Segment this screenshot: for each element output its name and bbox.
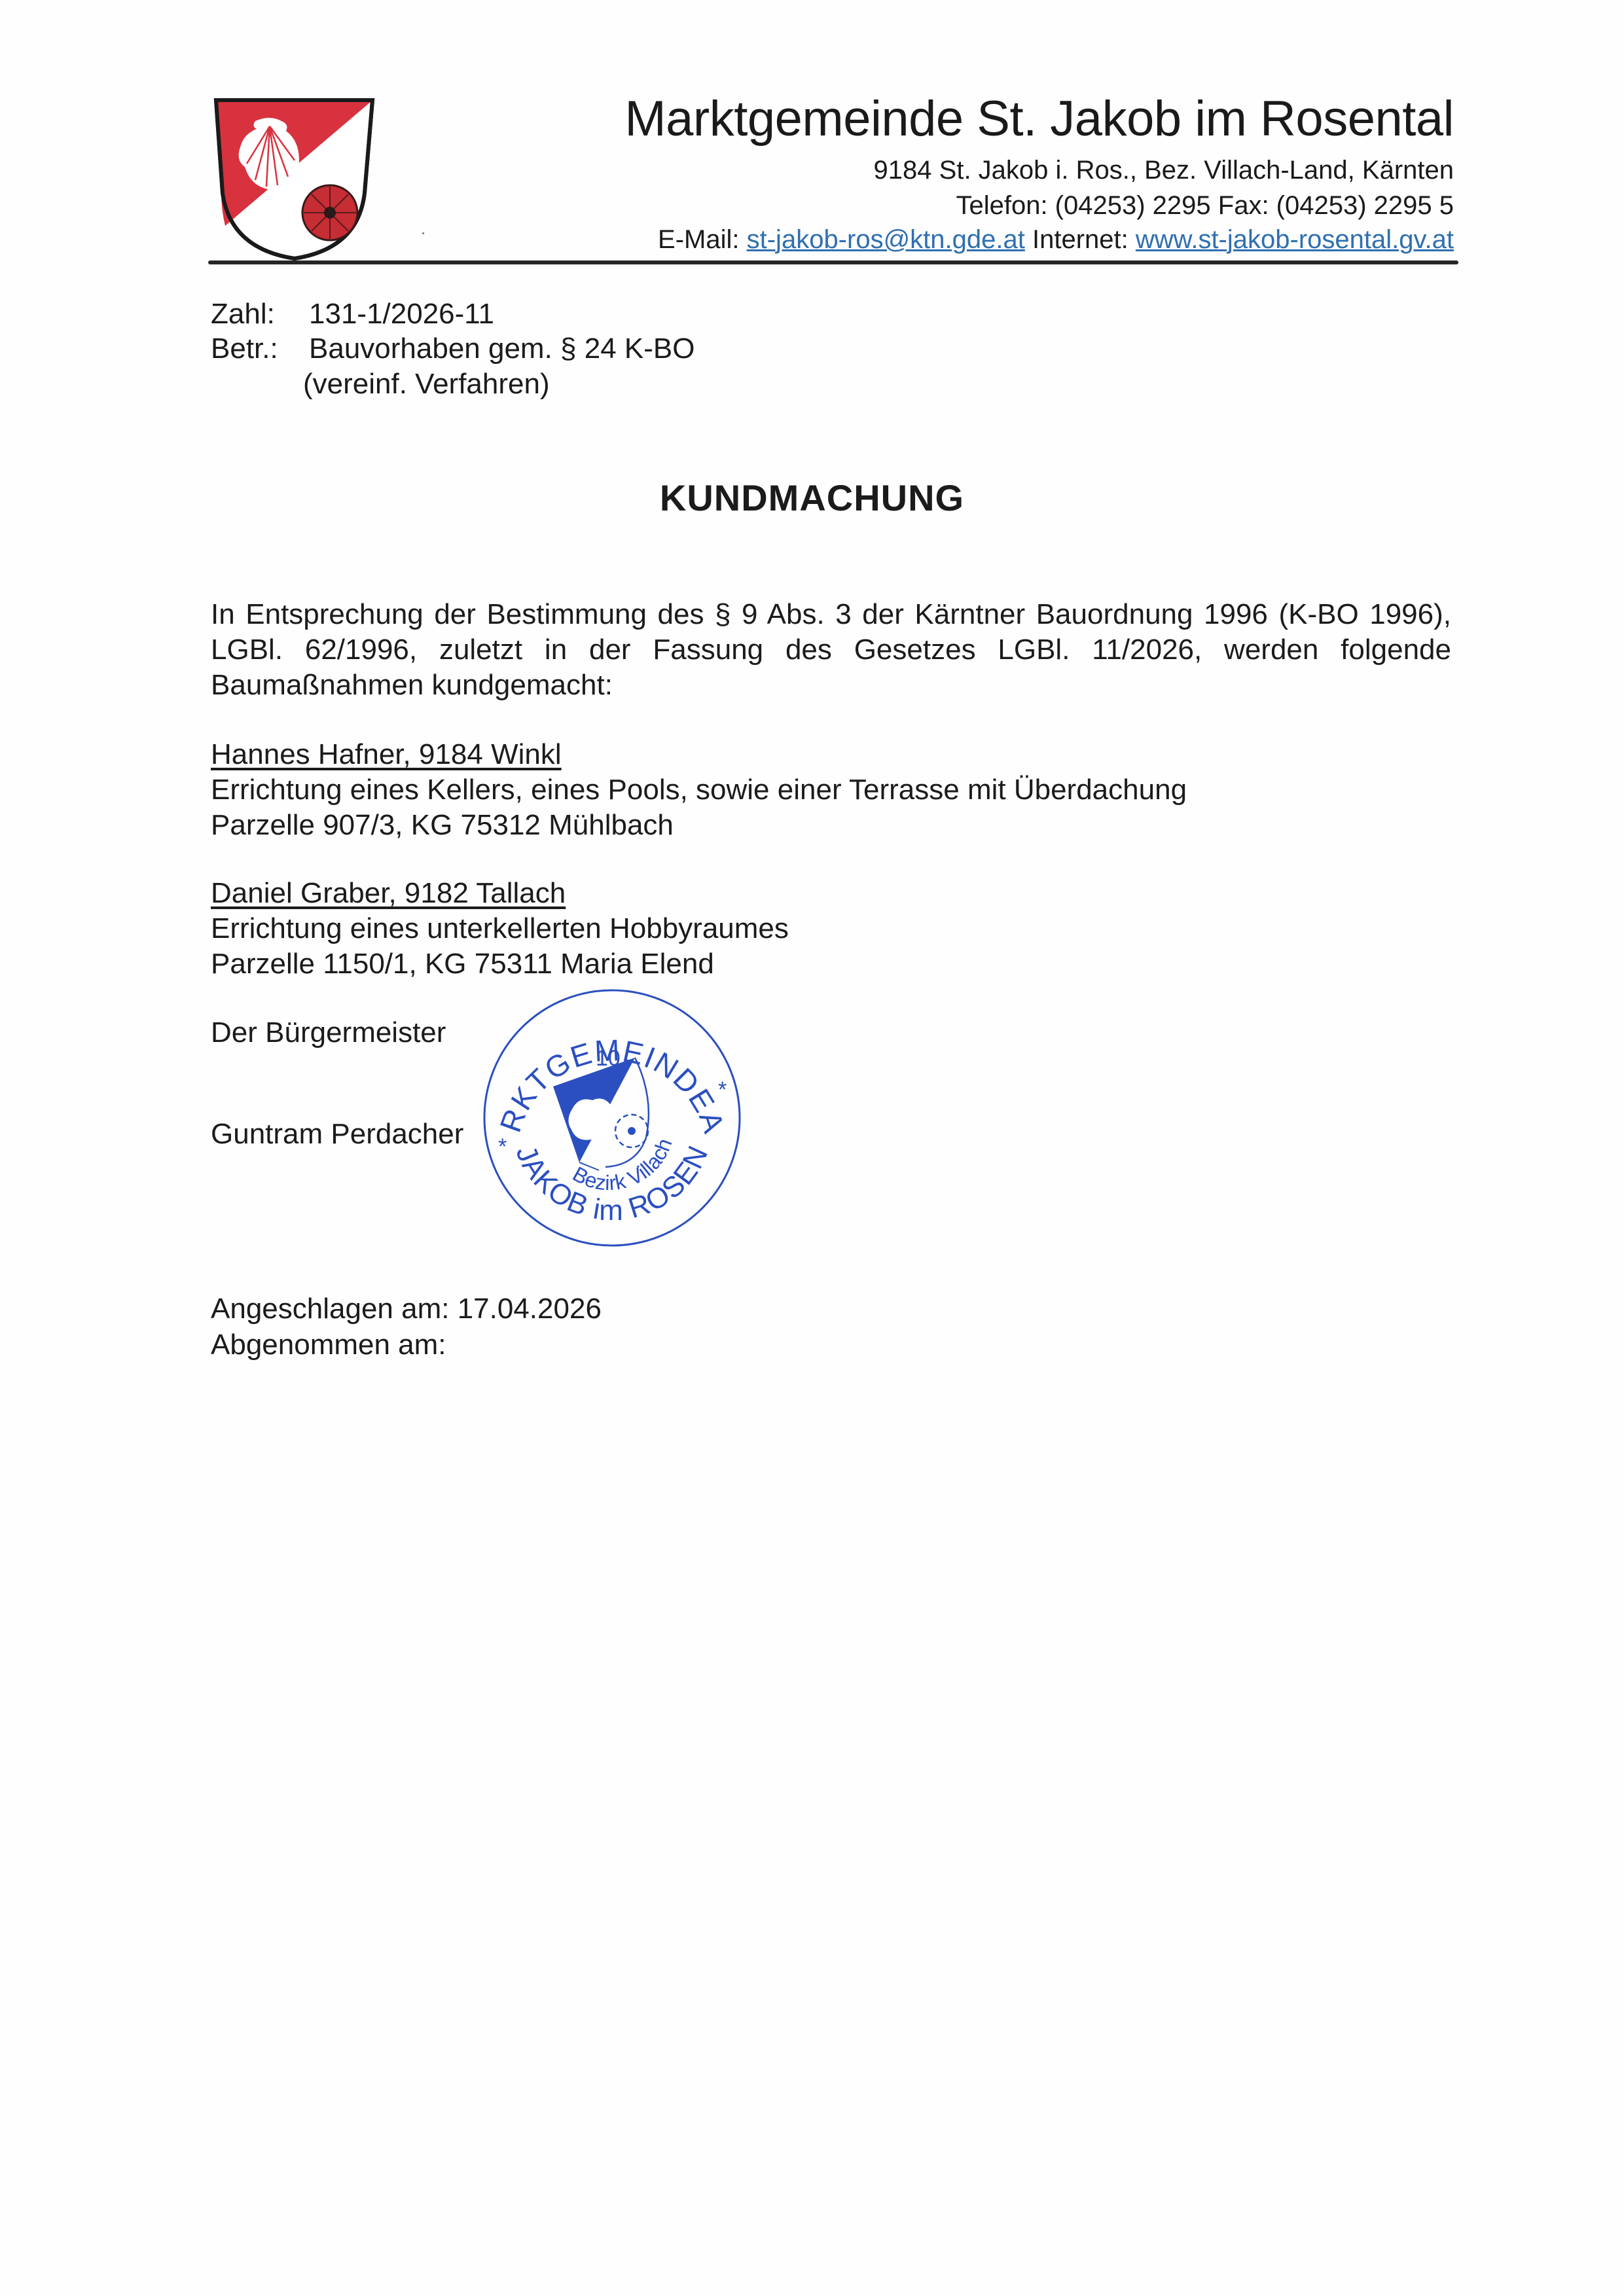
phone-fax: Telefon: (04253) 2295 Fax: (04253) 2295 …	[956, 191, 1454, 221]
reference-subject-continued: (vereinf. Verfahren)	[303, 368, 550, 401]
header-divider	[208, 260, 1458, 264]
reference-number: Zahl:131-1/2026-11	[211, 298, 494, 331]
project-description: Errichtung eines unterkellerten Hobbyrau…	[211, 912, 789, 945]
signatory-name: Guntram Perdacher	[211, 1118, 463, 1151]
betr-label: Betr.:	[211, 332, 309, 365]
coat-of-arms-icon	[211, 95, 378, 265]
zahl-label: Zahl:	[211, 298, 309, 331]
municipality-address: 9184 St. Jakob i. Ros., Bez. Villach-Lan…	[874, 156, 1454, 185]
parcel-info: Parzelle 907/3, KG 75312 Mühlbach	[211, 809, 674, 842]
zahl-value: 131-1/2026-11	[309, 298, 494, 330]
svg-text:*: *	[718, 1077, 727, 1102]
posted-label: Angeschlagen am:	[211, 1293, 449, 1325]
official-seal-icon: MARKTGEMEINDEAMT ST. JAKOB im ROSENTAL B…	[475, 980, 749, 1255]
intro-paragraph: In Entsprechung der Bestimmung des § 9 A…	[211, 597, 1451, 703]
parcel-info: Parzelle 1150/1, KG 75311 Maria Elend	[211, 948, 714, 980]
applicant-name: Daniel Graber, 9182 Tallach	[211, 877, 566, 910]
document-page: Marktgemeinde St. Jakob im Rosental 9184…	[0, 0, 1624, 2296]
website-link[interactable]: www.st-jakob-rosental.gv.at	[1136, 225, 1454, 254]
removed-label: Abgenommen am:	[211, 1329, 446, 1361]
signatory-title: Der Bürgermeister	[211, 1016, 446, 1049]
posted-date: 17.04.2026	[458, 1293, 602, 1325]
project-description: Errichtung eines Kellers, eines Pools, s…	[211, 774, 1187, 806]
betr-value: Bauvorhaben gem. § 24 K-BO	[309, 332, 695, 365]
svg-text:*: *	[498, 1134, 507, 1159]
document-title: KUNDMACHUNG	[0, 476, 1624, 519]
removed-date-line: Abgenommen am:	[211, 1329, 446, 1361]
scan-speck	[422, 232, 424, 234]
reference-subject: Betr.:Bauvorhaben gem. § 24 K-BO	[211, 332, 695, 365]
municipality-name: Marktgemeinde St. Jakob im Rosental	[624, 90, 1454, 147]
applicant-name: Hannes Hafner, 9184 Winkl	[211, 738, 562, 771]
contact-line: E-Mail: st-jakob-ros@ktn.gde.at Internet…	[658, 225, 1454, 255]
posted-date-line: Angeschlagen am: 17.04.2026	[211, 1293, 602, 1325]
email-link[interactable]: st-jakob-ros@ktn.gde.at	[747, 225, 1025, 254]
internet-label: Internet:	[1032, 225, 1128, 254]
email-label: E-Mail:	[658, 225, 739, 254]
